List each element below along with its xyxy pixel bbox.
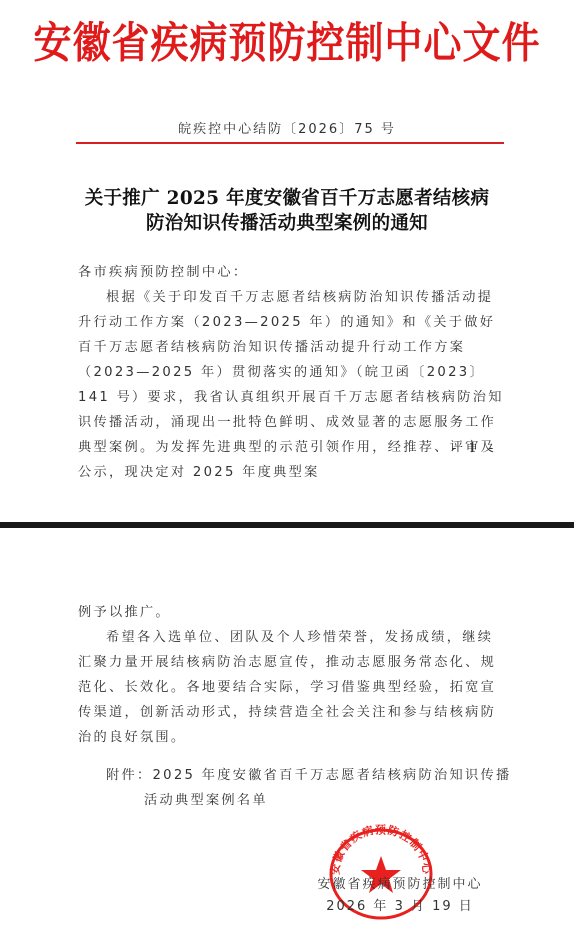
paragraph-1: 根据《关于印发百千万志愿者结核病防治知识传播活动提升行动工作方案（2023—20… (78, 285, 508, 485)
attachment-label: 附件： (106, 768, 152, 783)
attachment-block: 附件：2025 年度安徽省百千万志愿者结核病防治知识传播 活动典型案例名单 (106, 763, 516, 813)
paragraph-1-continuation: 例予以推广。 (78, 600, 508, 625)
page-number: - 1 - (452, 441, 497, 456)
notice-title-line2: 防治知识传播活动典型案例的通知 (60, 211, 514, 236)
attachment-title-line2: 活动典型案例名单 (106, 788, 516, 813)
paragraph-2: 希望各入选单位、团队及个人珍惜荣誉，发扬成绩，继续汇聚力量开展结核病防治志愿宣传… (78, 625, 508, 750)
notice-title: 关于推广 2025 年度安徽省百千万志愿者结核病 防治知识传播活动典型案例的通知 (60, 186, 514, 236)
page-separator (0, 522, 574, 528)
attachment-title-line1: 2025 年度安徽省百千万志愿者结核病防治知识传播 (152, 768, 511, 783)
salutation: 各市疾病预防控制中心： (78, 260, 508, 285)
page2-body: 例予以推广。 希望各入选单位、团队及个人珍惜荣誉，发扬成绩，继续汇聚力量开展结核… (78, 600, 508, 750)
signature-organization: 安徽省疾病预防控制中心 (300, 873, 500, 892)
document-header-title: 安徽省疾病预防控制中心文件 (0, 15, 574, 71)
page1-body: 各市疾病预防控制中心： 根据《关于印发百千万志愿者结核病防治知识传播活动提升行动… (78, 260, 508, 485)
document-number: 皖疾控中心结防〔2026〕75 号 (0, 118, 574, 137)
notice-title-line1: 关于推广 2025 年度安徽省百千万志愿者结核病 (60, 186, 514, 211)
signature-date: 2026 年 3 月 19 日 (300, 895, 500, 914)
red-header-rule (76, 142, 504, 144)
